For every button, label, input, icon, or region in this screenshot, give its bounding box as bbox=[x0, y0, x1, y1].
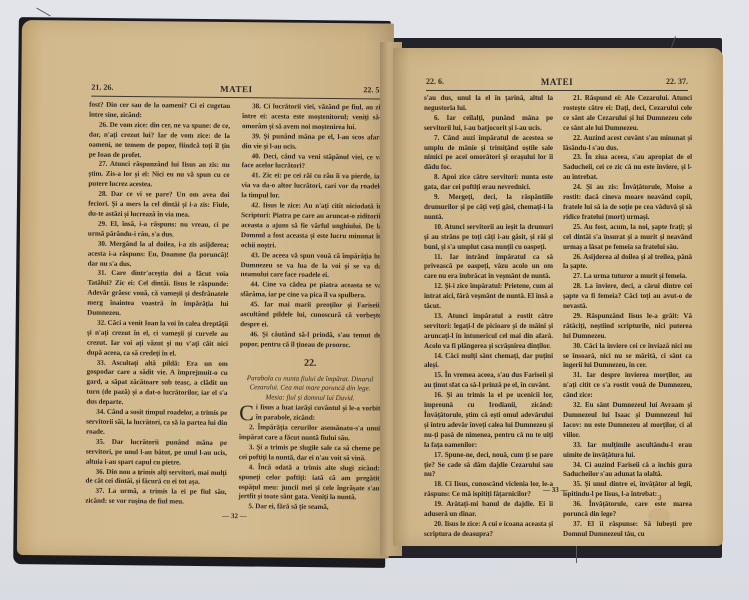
verse-paragraph: 28. La înviere, deci, a cărui dintre cei… bbox=[563, 282, 692, 312]
verse-paragraph: 14. Căci mulți sânt chemați, dar puțini … bbox=[424, 352, 553, 372]
verse-paragraph: 37. El îi răspunse: Să iubești pre Domnu… bbox=[563, 520, 692, 540]
verse-paragraph: 8. Apoi zice către servitori: nunta este… bbox=[424, 173, 553, 193]
verse-paragraph: 19. Arătați-mi banul de dajdie. Ei îi ad… bbox=[424, 500, 553, 520]
verse-paragraph: 27. Atunci răspunzând lui Iisus au zis: … bbox=[88, 160, 229, 191]
verse-paragraph: 44. Cine va cădea pe piatra aceasta se v… bbox=[240, 280, 381, 301]
verse-paragraph: 30. Căci la înviere cei ce înviază nici … bbox=[563, 342, 692, 372]
verse-paragraph: 4. Încă odată a trimis alte slugi zicând… bbox=[238, 463, 379, 504]
right-running-head: 22. 6. MATEI 22. 37. bbox=[426, 77, 688, 91]
verse-paragraph: 32. Căci a venit Ioan la voi în calea dr… bbox=[87, 319, 228, 360]
verse-paragraph: 43. De aceea vă spun vouă că împărăția l… bbox=[241, 251, 382, 282]
verse-paragraph: 42. Iisus le zice: Au n'ați citit niciod… bbox=[241, 201, 382, 252]
left-header-book-title: MATEI bbox=[91, 83, 381, 96]
verse-paragraph: 27. La urma tuturor a murit și femeia. bbox=[563, 272, 692, 282]
paper-speck bbox=[138, 471, 142, 475]
paper-stain bbox=[648, 508, 670, 524]
verse-paragraph: 17. Spune-ne, deci, nouă, cum ți se pare… bbox=[424, 451, 553, 481]
chapter-first-verse: Ci Iisus a luat iarăși cuvântul și le-a … bbox=[239, 403, 380, 424]
verse-paragraph: 33. Iar mulțimile ascultându-l erau uimi… bbox=[563, 441, 692, 461]
verse-paragraph: 34. Când a sosit timpul roadelor, a trim… bbox=[86, 408, 227, 439]
verse-paragraph: 39. Și punând mâna pe el, l-au scos afar… bbox=[242, 132, 383, 153]
verse-paragraph: 38. Ci lucrătorii viei, văzând pe fiul, … bbox=[242, 102, 383, 133]
verse-paragraph: 32. Eu sânt Dumnezeul lui Avraam și Dumn… bbox=[563, 401, 692, 441]
right-header-verse-end: 22. 37. bbox=[666, 77, 688, 86]
right-page-column-1: s'au dus, unul la el în țarină, altul la… bbox=[424, 94, 553, 540]
bookmark-thread bbox=[576, 545, 577, 563]
verse-paragraph: 18. Ci Iisus, cunoscând viclenia lor, le… bbox=[424, 480, 553, 500]
left-page-column-2: 38. Ci lucrătorii viei, văzând pe fiul, … bbox=[238, 102, 383, 514]
left-page-number: — 32 — bbox=[222, 512, 247, 520]
verse-paragraph: 35. Dar lucrătorii punând mâna pe servit… bbox=[86, 437, 227, 468]
verse-paragraph: fost? Din cer sau de la oameni? Ci ei cu… bbox=[89, 101, 230, 122]
verse-paragraph: 45. Iar mai marii preoților și Fariseii,… bbox=[240, 300, 381, 331]
verse-paragraph: 40. Deci, când va veni stăpânul viei, ce… bbox=[242, 152, 383, 173]
left-page: 21. 26. MATEI 22. 5. fost? Din cer sau d… bbox=[17, 20, 394, 559]
verse-paragraph: 13. Atunci împăratul a rostit către serv… bbox=[424, 312, 553, 352]
verse-paragraph: 35. Și unul dintre ei, învățător al legi… bbox=[563, 480, 692, 500]
verse-paragraph: 20. Iisus le zice: A cui e icoana aceast… bbox=[424, 520, 553, 540]
verse-paragraph: 28. Dar ce vi se pare? Un om avea doi fe… bbox=[88, 190, 229, 221]
verse-paragraph: 7. Când auzi împăratul de acestea se ump… bbox=[424, 134, 553, 174]
chapter-number: 22. bbox=[240, 358, 381, 369]
verse-paragraph: 29. El, însă, i-a răspuns: nu vreau, ci … bbox=[88, 220, 229, 241]
verse-paragraph: 10. Atunci servitorii au ieșit la drumur… bbox=[424, 223, 553, 253]
verse-paragraph: 5. Dar ei, fără să ție seamă, bbox=[238, 502, 379, 513]
right-page-number: — 33 — bbox=[543, 486, 568, 494]
verse-paragraph: 41. Zic ei: pe cei răi cu rău îi va pier… bbox=[241, 171, 382, 202]
verse-paragraph: 31. Iar despre învierea morților, au n'a… bbox=[563, 371, 692, 401]
verse-paragraph: 36. Învățătorule, care este marea porunc… bbox=[563, 500, 692, 520]
left-running-head: 21. 26. MATEI 22. 5. bbox=[91, 83, 381, 100]
left-running-head-wrap: 21. 26. MATEI 22. 5. bbox=[91, 83, 381, 86]
left-page-column-1: fost? Din cer sau de la oameni? Ci ei cu… bbox=[85, 101, 230, 513]
verse-paragraph: 16. Și au trimis la el pe ucenicii lor, … bbox=[424, 391, 553, 450]
verse-paragraph: 34. Ci auzind Fariseii că a închis gura … bbox=[563, 461, 692, 481]
left-page-columns: fost? Din cer sau de la oameni? Ci ei cu… bbox=[85, 101, 383, 514]
verse-paragraph: 29. Răspunzând Iisus le-a grăit: Vă rătă… bbox=[563, 312, 692, 342]
verse-paragraph: 11. Iar intrând împăratul ca să priveasc… bbox=[424, 253, 553, 283]
verse-paragraph: 15. În vremea aceea, s'au dus Fariseii ș… bbox=[424, 371, 553, 391]
right-header-book-title: MATEI bbox=[426, 77, 688, 87]
verse-paragraph: 31. Care dintr'aceștia doi a făcut voia … bbox=[87, 269, 228, 320]
chapter-first-verse-text: i Iisus a luat iarăși cuvântul și le-a v… bbox=[256, 404, 381, 422]
verse-paragraph: 23. În ziua aceea, s'au apropiat de el S… bbox=[563, 153, 692, 183]
verse-paragraph: 24. Și au zis: Învățătorule, Moise a ros… bbox=[563, 183, 692, 223]
right-header-rule bbox=[426, 90, 688, 91]
chapter-summary: Parabola cu nunta fiului de împărat. Din… bbox=[239, 374, 380, 405]
verse-paragraph: 36. Din nou a trimis alți servitori, mai… bbox=[86, 467, 227, 488]
verse-paragraph: 37. La urmă, a trimis la ei pe fiul său,… bbox=[85, 487, 226, 508]
left-header-verse-end: 22. 5. bbox=[363, 85, 381, 94]
verse-paragraph: 9. Mergeți, deci, la răspântiile drumuri… bbox=[424, 193, 553, 223]
verse-paragraph: 33. Ascultați altă pildă: Era un om gosp… bbox=[86, 358, 227, 409]
verse-paragraph: 21. Răspund ei: Ale Cezarului. Atunci ro… bbox=[563, 94, 692, 134]
verse-paragraph: 2. Împărăția cerurilor asemănatu-s'a unu… bbox=[239, 423, 380, 444]
verse-paragraph: 6. Iar ceilalți, punând mâna pe servitor… bbox=[424, 114, 553, 134]
verse-paragraph: 12. Și-i zice împăratul: Prietene, cum a… bbox=[424, 282, 553, 312]
drop-cap-letter: C bbox=[239, 404, 254, 422]
verse-paragraph: 22. Auzind acest cuvânt s'au minunat și … bbox=[563, 134, 692, 154]
verse-paragraph: s'au dus, unul la el în țarină, altul la… bbox=[424, 94, 553, 114]
verse-paragraph: 25. Au fost, acum, la noi, șapte frați; … bbox=[563, 223, 692, 253]
left-header-rule bbox=[91, 96, 381, 100]
verse-paragraph: 30. Mergând la al doilea, i-a zis asijde… bbox=[88, 239, 229, 270]
verse-paragraph: 3. Și a trimis pe slugile sale ca să che… bbox=[239, 443, 380, 464]
verse-paragraph: 26. De vom zice: din cer, ne va spune: d… bbox=[89, 120, 230, 161]
right-page-columns: s'au dus, unul la el în țarină, altul la… bbox=[424, 94, 692, 540]
printer-signature-mark: 3 bbox=[658, 494, 662, 502]
right-page: 22. 6. MATEI 22. 37. s'au dus, unul la e… bbox=[393, 48, 723, 546]
verse-paragraph: 46. Și căutând să-l prindă, s'au temut d… bbox=[240, 330, 381, 351]
verse-paragraph: 26. Asijderea al doilea și al treilea, p… bbox=[563, 253, 692, 273]
right-page-column-2: 21. Răspund ei: Ale Cezarului. Atunci ro… bbox=[563, 94, 692, 540]
